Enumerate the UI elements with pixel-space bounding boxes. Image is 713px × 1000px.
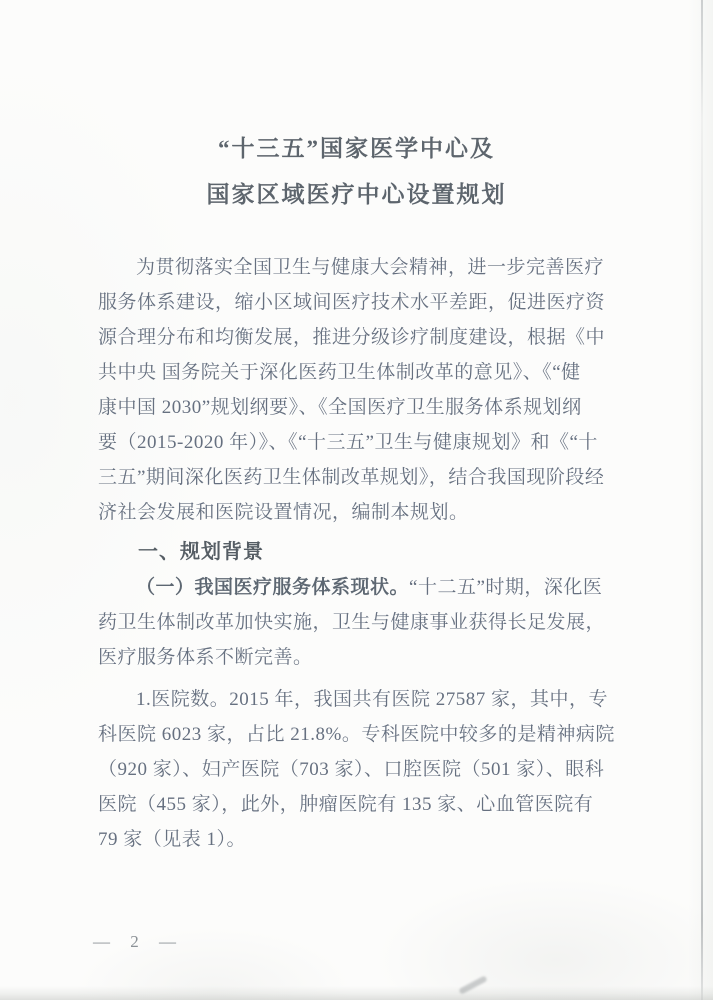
page-number: — 2 — (93, 932, 178, 952)
intro-paragraph: 为贯彻落实全国卫生与健康大会精神，进一步完善医疗 服务体系建设，缩小区域间医疗技… (98, 250, 638, 530)
hospital-count-paragraph: 1.医院数。2015 年，我国共有医院 27587 家，其中，专 科医院 602… (98, 682, 638, 857)
scan-bottom-shade (0, 986, 713, 1000)
document-title: “十三五”国家医学中心及 国家区域医疗中心设置规划 (0, 126, 713, 218)
document-title-line-2: 国家区域医疗中心设置规划 (0, 172, 713, 218)
section-heading-planning-background: 一、规划背景 (98, 535, 264, 570)
document-title-line-1: “十三五”国家医学中心及 (0, 126, 713, 172)
service-system-status-paragraph: （一）我国医疗服务体系现状。“十二五”时期，深化医 药卫生体制改革加快实施，卫生… (98, 570, 638, 675)
scanned-document-page: “十三五”国家医学中心及 国家区域医疗中心设置规划 为贯彻落实全国卫生与健康大会… (0, 0, 713, 1000)
scan-edge-line (701, 0, 703, 1000)
paragraph-lead-text: （一）我国医疗服务体系现状。 (136, 577, 409, 598)
